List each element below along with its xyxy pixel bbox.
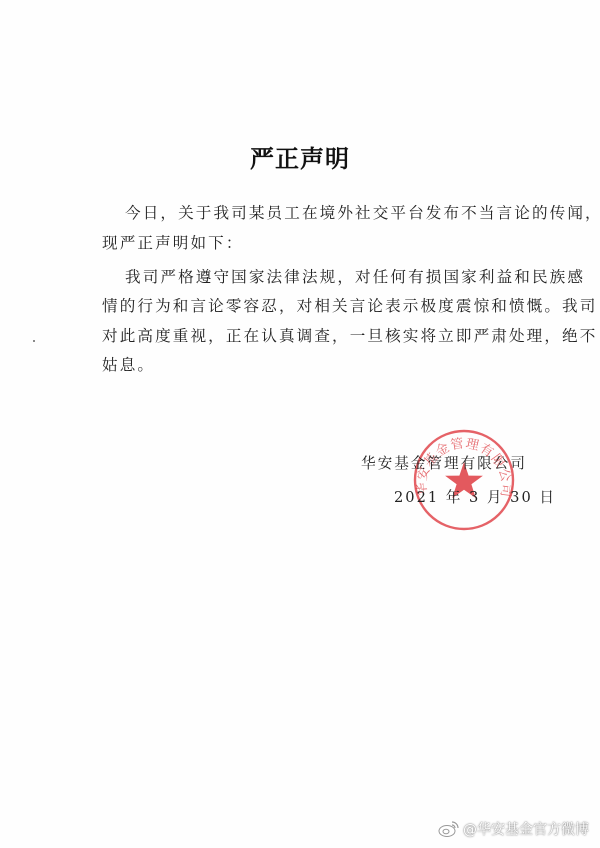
paragraph-1-line-2: 现严正声明如下： (102, 233, 244, 253)
weibo-watermark: @华安基金官方微博 (438, 818, 589, 840)
document-page: 严正声明 今日，关于我司某员工在境外社交平台发布不当言论的传闻， 现严正声明如下… (0, 0, 600, 848)
paragraph-2-line-3: 对此高度重视，正在认真调查，一旦核实将立即严肃处理，绝不 (102, 326, 597, 346)
paragraph-1-line-1: 今日，关于我司某员工在境外社交平台发布不当言论的传闻， (125, 203, 600, 223)
paragraph-2-line-2: 情的行为和言论零容忍，对相关言论表示极度震惊和愤慨。我司 (102, 296, 597, 316)
company-seal-icon: 华安基金管理有限公司 (412, 428, 516, 532)
paragraph-2-line-1: 我司严格遵守国家法律法规，对任何有损国家利益和民族感 (125, 267, 585, 287)
document-title: 严正声明 (0, 139, 600, 174)
signature-company: 华安基金管理有限公司 (361, 454, 527, 474)
watermark-text: @华安基金官方微博 (463, 819, 589, 839)
scan-speck (33, 340, 35, 342)
signature-date: 2021 年 3 月 30 日 (394, 488, 556, 508)
weibo-icon (438, 820, 460, 838)
paragraph-2-line-4: 姑息。 (102, 355, 155, 375)
